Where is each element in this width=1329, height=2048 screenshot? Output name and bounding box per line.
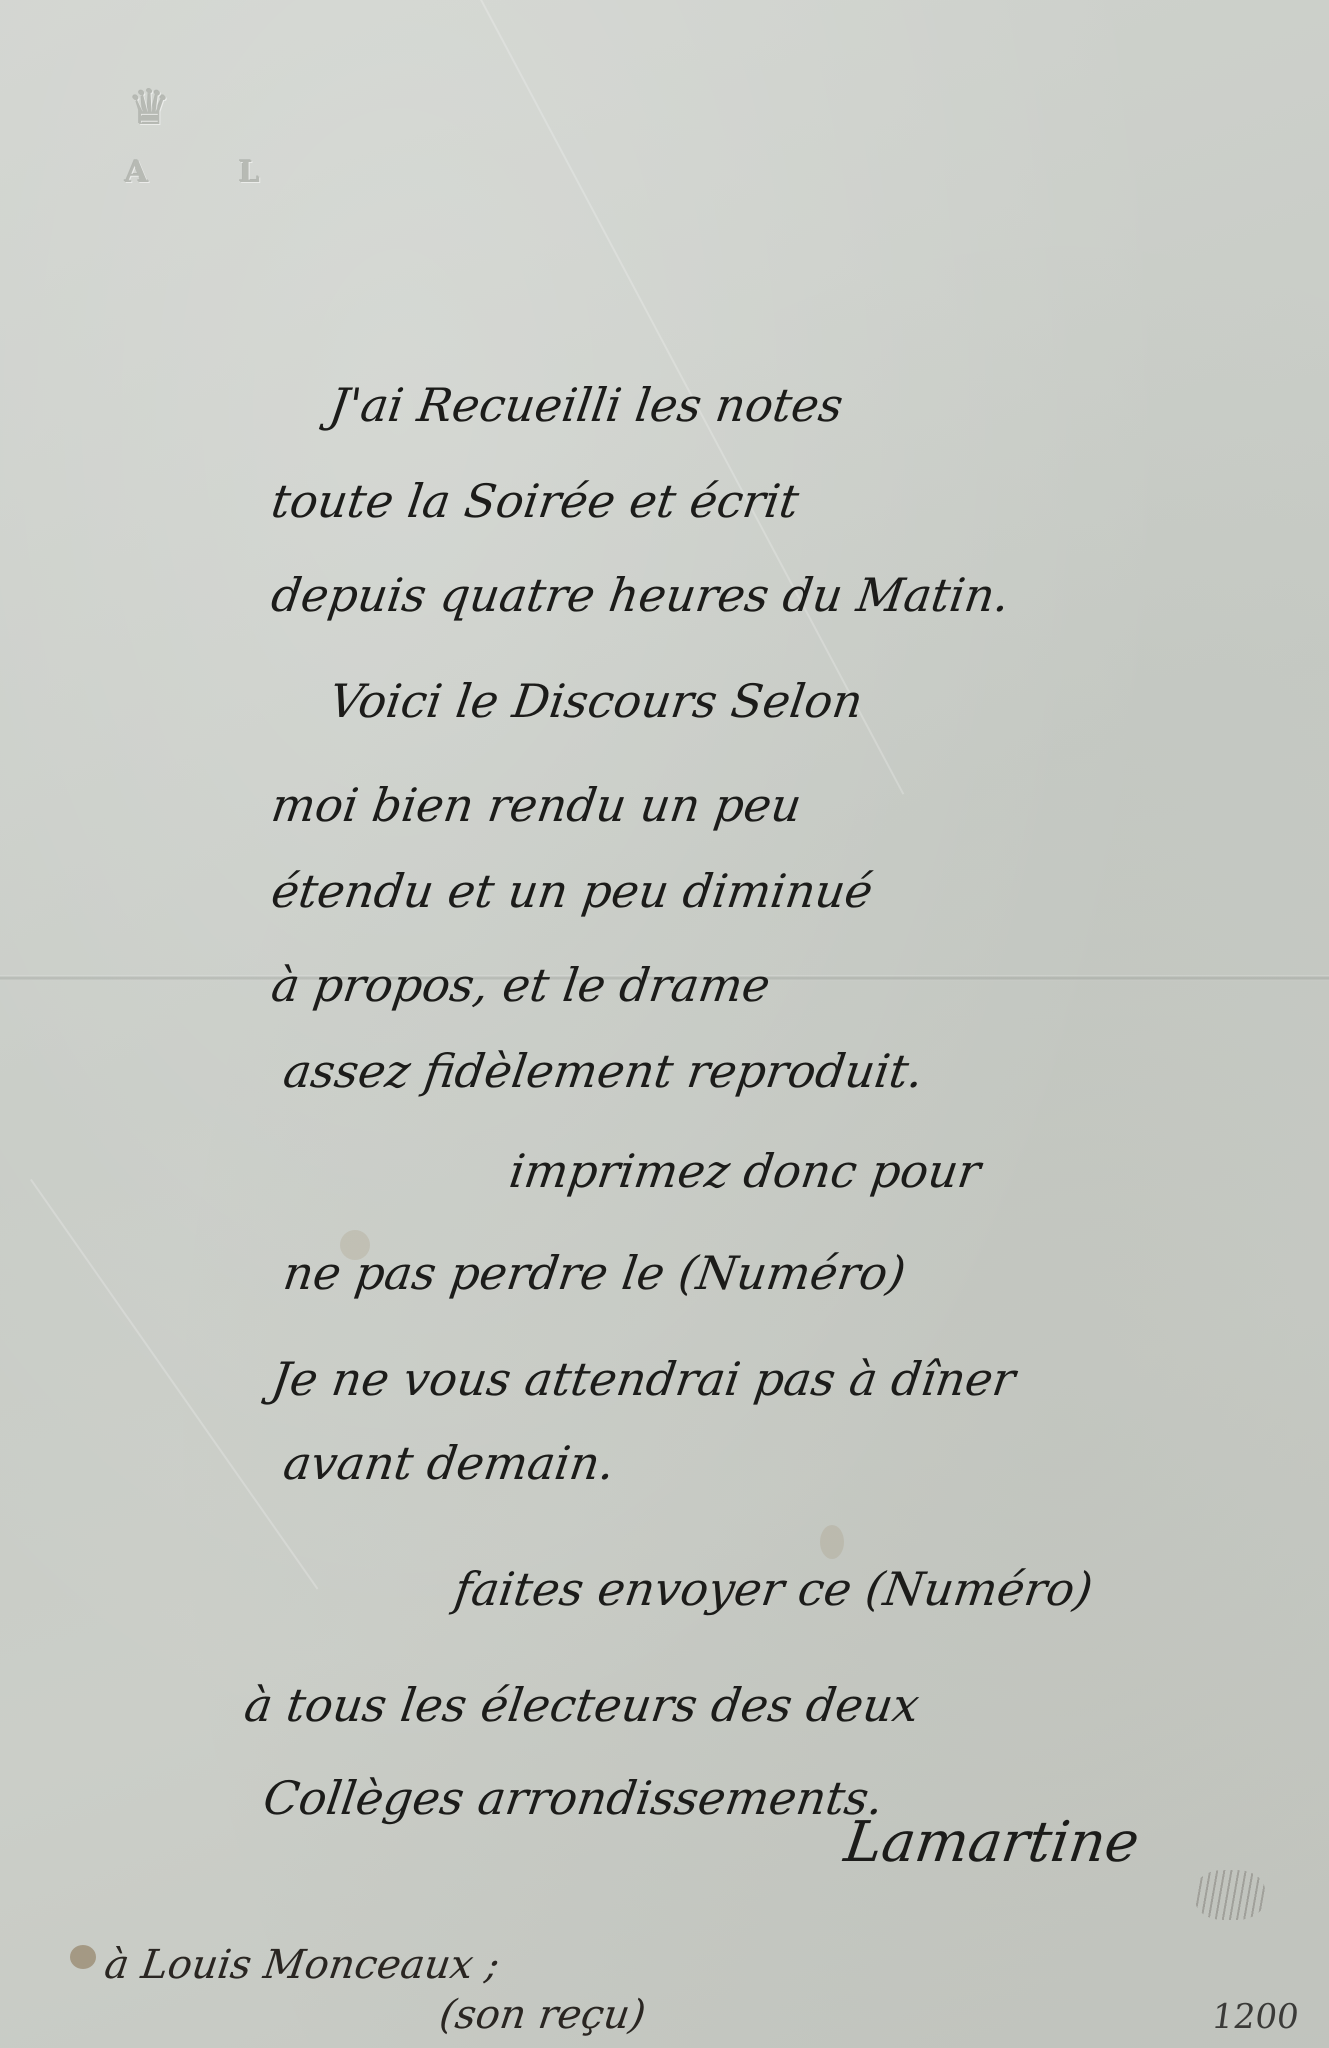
letter-line: faites envoyer ce (Numéro) [452, 1566, 1096, 1612]
letter-line: moi bien rendu un peu [269, 782, 804, 828]
paper-stain [820, 1525, 844, 1559]
letter-line: toute la Soirée et écrit [269, 478, 802, 524]
letter-line: depuis quatre heures du Matin. [269, 572, 1013, 618]
footer-note-receipt: (son reçu) [437, 1995, 648, 2035]
letter-line: à propos, et le drame [269, 962, 773, 1008]
letter-line: Collèges arrondissements. [261, 1775, 886, 1821]
letter-line: ne pas perdre le (Numéro) [281, 1250, 909, 1296]
letter-line: à tous les électeurs des deux [242, 1682, 922, 1728]
footer-note-recipient: à Louis Monceaux ; [102, 1945, 502, 1985]
letter-line: imprimez donc pour [507, 1148, 984, 1194]
letter-line: avant demain. [281, 1440, 618, 1486]
letter-line: assez fidèlement reproduit. [281, 1048, 926, 1094]
letter-line: J'ai Recueilli les notes [327, 382, 846, 428]
ink-stain [70, 1945, 96, 1969]
signature: Lamartine [841, 1815, 1142, 1871]
letter-page: ♛ A L J'ai Recueilli les notes toute la … [0, 0, 1329, 2048]
letter-line: Je ne vous attendrai pas à dîner [269, 1356, 1018, 1402]
letter-line: étendu et un peu diminué [269, 868, 876, 914]
ink-smudge [1195, 1870, 1265, 1920]
letterhead-monogram: A L [125, 155, 300, 190]
crown-icon: ♛ [128, 80, 169, 136]
price-annotation: 1200 [1210, 2000, 1301, 2034]
letter-line: Voici le Discours Selon [327, 678, 866, 724]
